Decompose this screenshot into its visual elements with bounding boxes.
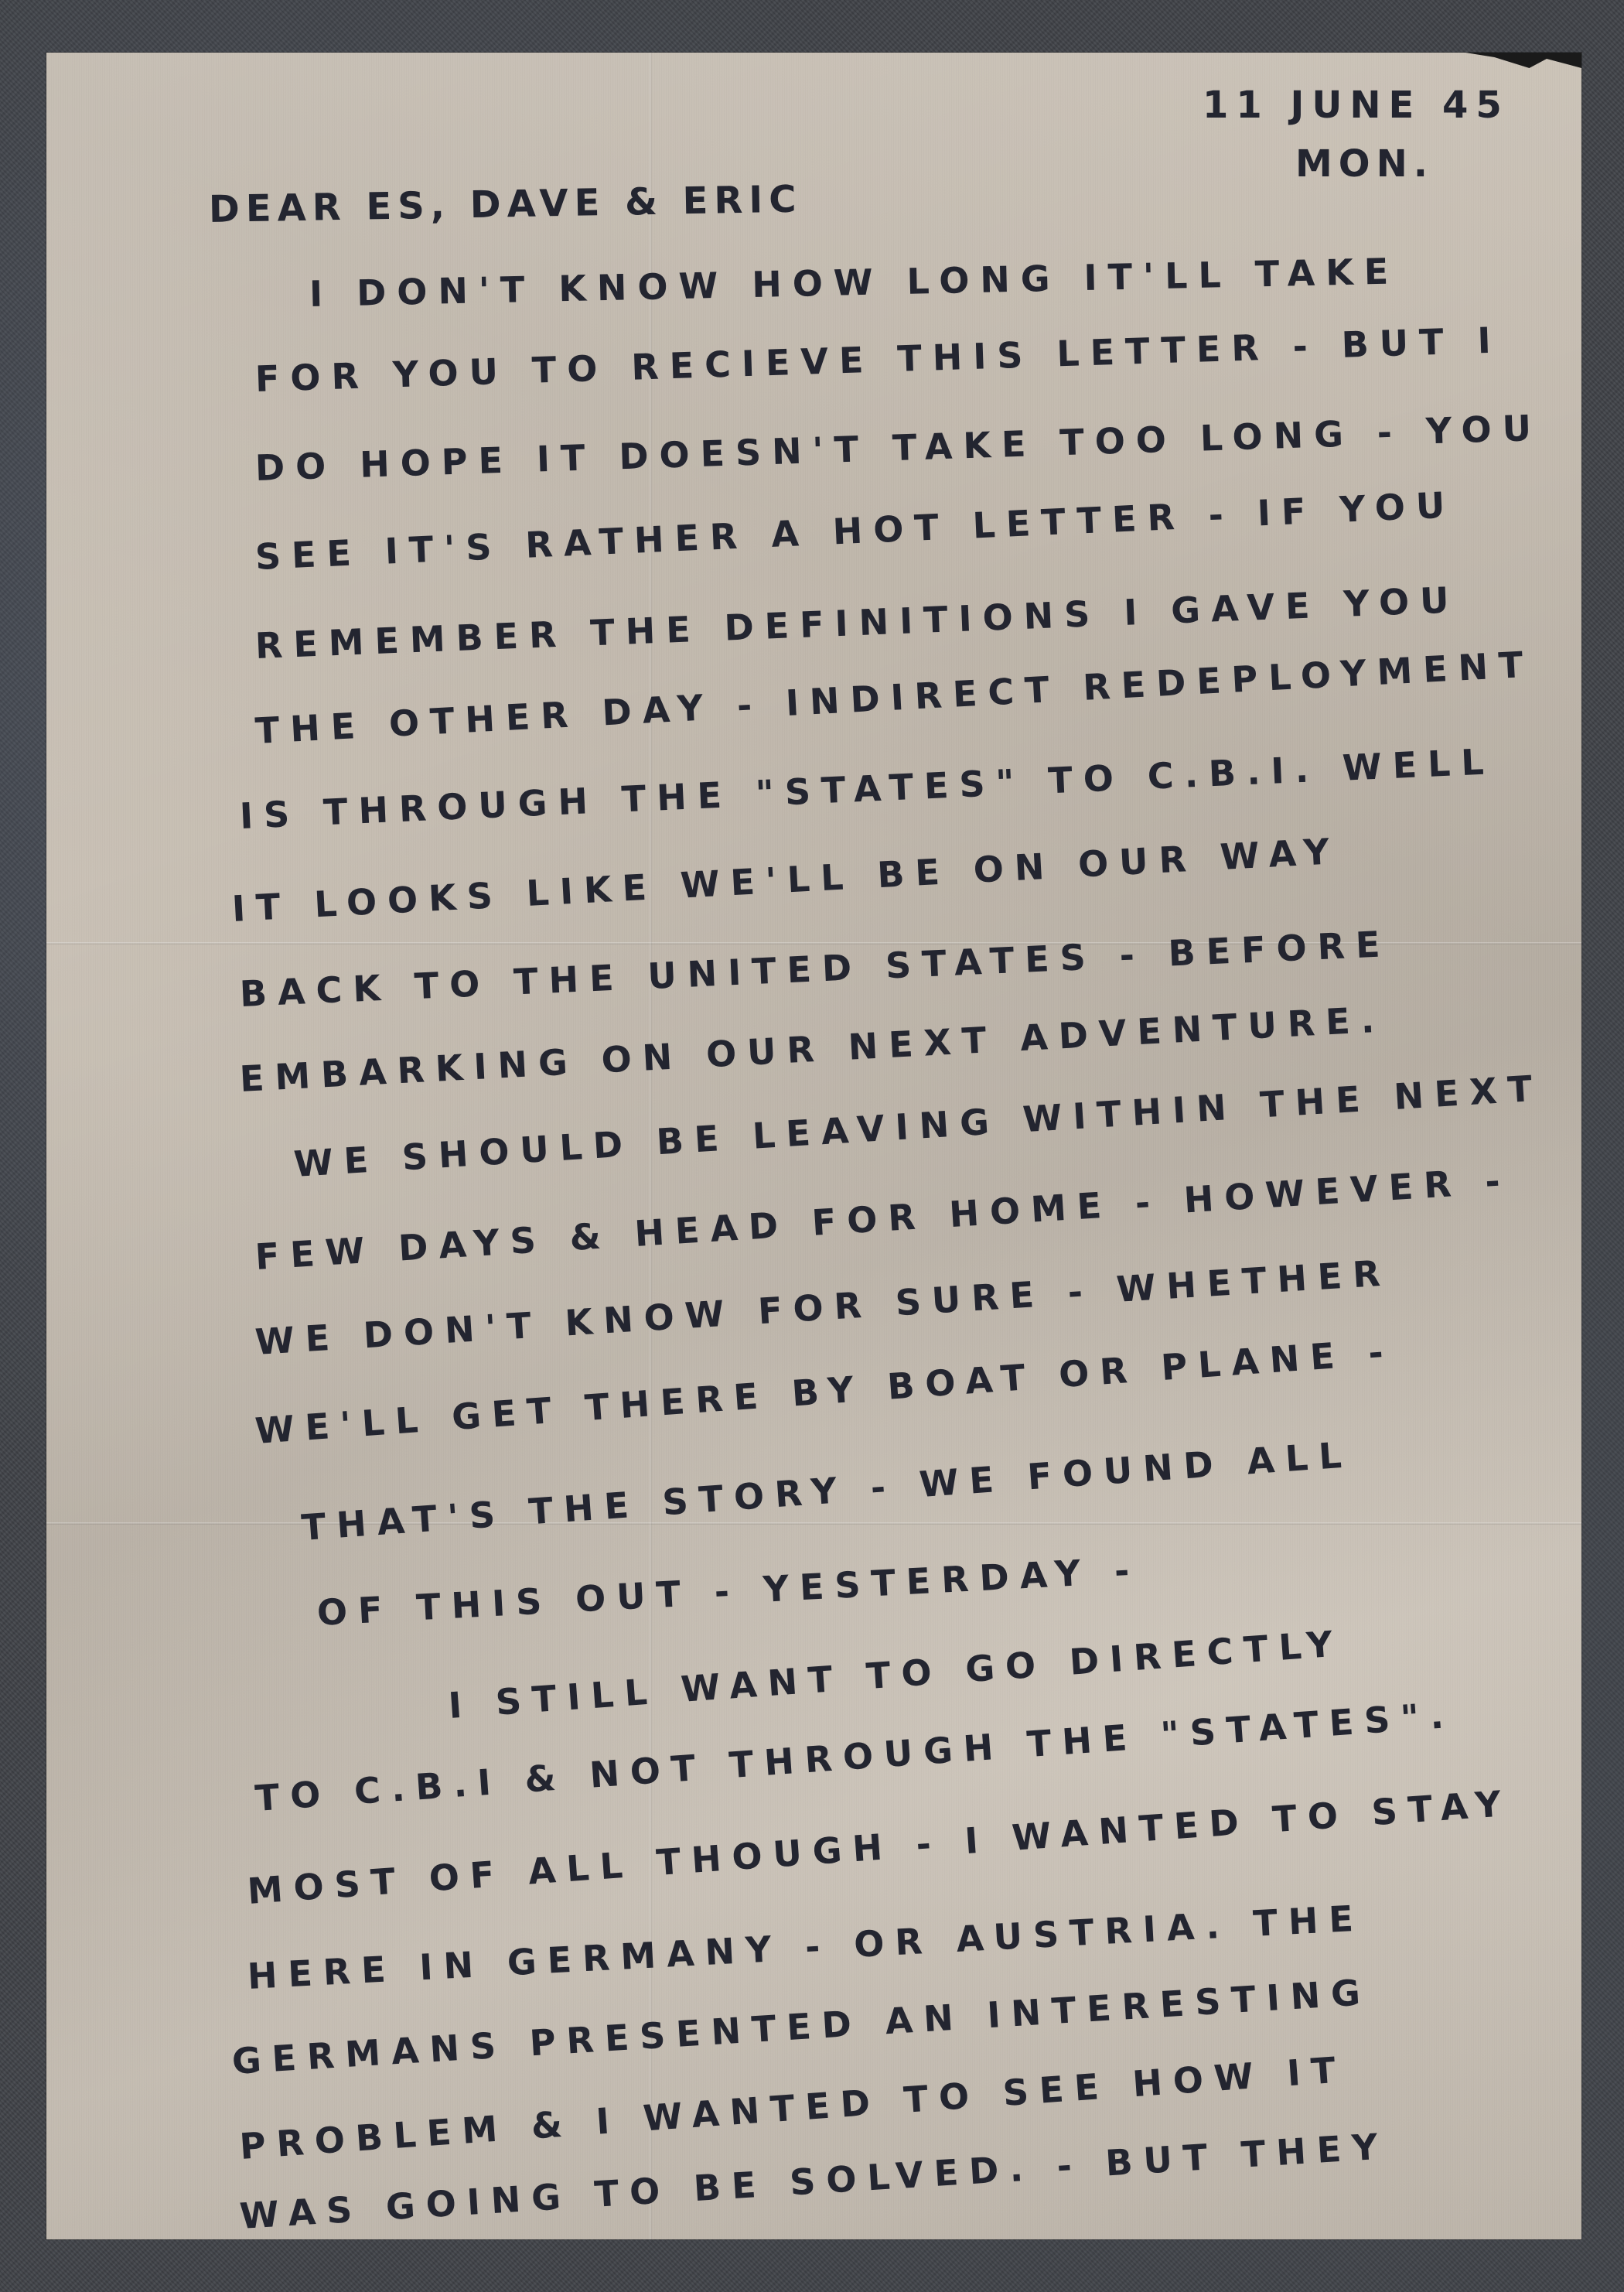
letter-line: do hope it doesn't take too long - You <box>254 407 1543 489</box>
letter-day: Mon. <box>1295 142 1510 186</box>
letter-line: for you to recieve this letter - but I <box>254 319 1502 400</box>
letter-line: see it's rather a hot letter - If you <box>254 483 1457 578</box>
fold-crease-horizontal <box>46 1522 1581 1525</box>
letter-line: I don't know how long it'll take <box>309 250 1399 315</box>
letter-paper: 11 June 45 Mon. Dear Es, Dave & Eric I d… <box>46 53 1581 2239</box>
letter-line: it looks like we'll be on our way <box>231 830 1342 930</box>
letter-line: of this out - yesterday - <box>316 1549 1141 1634</box>
torn-corner <box>1465 53 1581 68</box>
letter-line: That's the story - We found all <box>300 1433 1353 1549</box>
letter-line: back to the United States - before <box>239 923 1392 1015</box>
letter-line: embarking on our next adventure. <box>239 998 1387 1100</box>
salutation: Dear Es, Dave & Eric <box>209 178 803 231</box>
letter-line: is through the "States" to C.B.I. Well <box>239 740 1496 837</box>
letter-line: remember the definitions I gave you <box>254 579 1461 667</box>
letter-date: 11 June 45 <box>1203 84 1510 127</box>
letter-date-block: 11 June 45 Mon. <box>1203 84 1510 186</box>
